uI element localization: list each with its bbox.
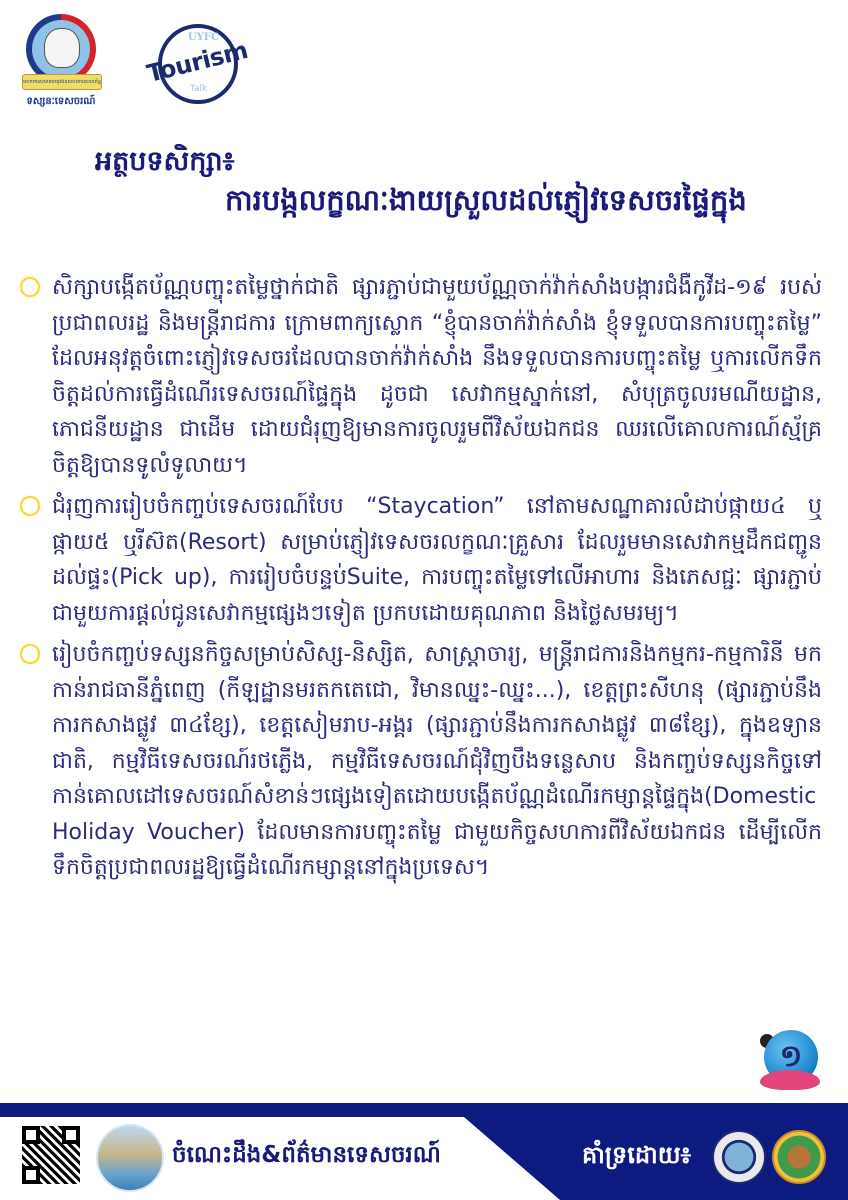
bullet-text: ជំរុញការរៀបចំកញ្ចប់ទេសចរណ៍បែប “Staycatio… bbox=[52, 489, 822, 631]
faces-icon bbox=[44, 28, 80, 68]
logo-ribbon: មហាការសមាគមយុវជនសហភាពសហព័ន្ធ bbox=[22, 74, 102, 90]
bullet-text: សិក្សាបង្កើតប័ណ្ណបញ្ចុះតម្លៃថ្នាក់ជាតិ ផ… bbox=[52, 270, 822, 483]
organization-logo: មហាការសមាគមយុវជនសហភាពសហព័ន្ធ ទស្សនៈទេសចរ… bbox=[22, 14, 100, 124]
ministry-seal-icon bbox=[712, 1130, 766, 1184]
badge-wave bbox=[760, 1070, 820, 1090]
tourism-talk-logo: UYFC Tourism Talk bbox=[148, 22, 248, 112]
circle-bullet-icon bbox=[20, 644, 40, 664]
article-title: ការបង្កលក្ខណៈងាយស្រួលដល់ភ្ញៀវទេសចរផ្ទៃក្… bbox=[225, 183, 747, 225]
subject-label: អត្ថបទសិក្សា៖ bbox=[95, 145, 234, 184]
footer-band bbox=[0, 1103, 450, 1117]
page-name: ចំណេះដឹង&ព័ត៌មានទេសចរណ៍ bbox=[172, 1141, 441, 1174]
logo-bottom-text: Talk bbox=[190, 84, 207, 94]
logo-caption: ទស្សនៈទេសចរណ៍ bbox=[22, 94, 100, 109]
bullet-item: ជំរុញការរៀបចំកញ្ចប់ទេសចរណ៍បែប “Staycatio… bbox=[12, 489, 822, 631]
page-number-badge: ១ bbox=[758, 1030, 820, 1092]
page-profile-badge bbox=[96, 1124, 164, 1192]
provincial-seal-icon bbox=[772, 1130, 826, 1184]
bullet-text: រៀបចំកញ្ចប់ទស្សនកិច្ចសម្រាប់សិស្ស-និស្សិ… bbox=[52, 637, 822, 886]
circle-bullet-icon bbox=[20, 496, 40, 516]
support-label: គាំទ្រដោយ៖ bbox=[582, 1140, 691, 1175]
bullet-list: សិក្សាបង្កើតប័ណ្ណបញ្ចុះតម្លៃថ្នាក់ជាតិ ផ… bbox=[12, 270, 822, 892]
circle-bullet-icon bbox=[20, 277, 40, 297]
logo-top-text: UYFC bbox=[188, 32, 219, 43]
bullet-item: សិក្សាបង្កើតប័ណ្ណបញ្ចុះតម្លៃថ្នាក់ជាតិ ផ… bbox=[12, 270, 822, 483]
qr-code-icon[interactable] bbox=[22, 1126, 80, 1184]
bullet-item: រៀបចំកញ្ចប់ទស្សនកិច្ចសម្រាប់សិស្ស-និស្សិ… bbox=[12, 637, 822, 886]
